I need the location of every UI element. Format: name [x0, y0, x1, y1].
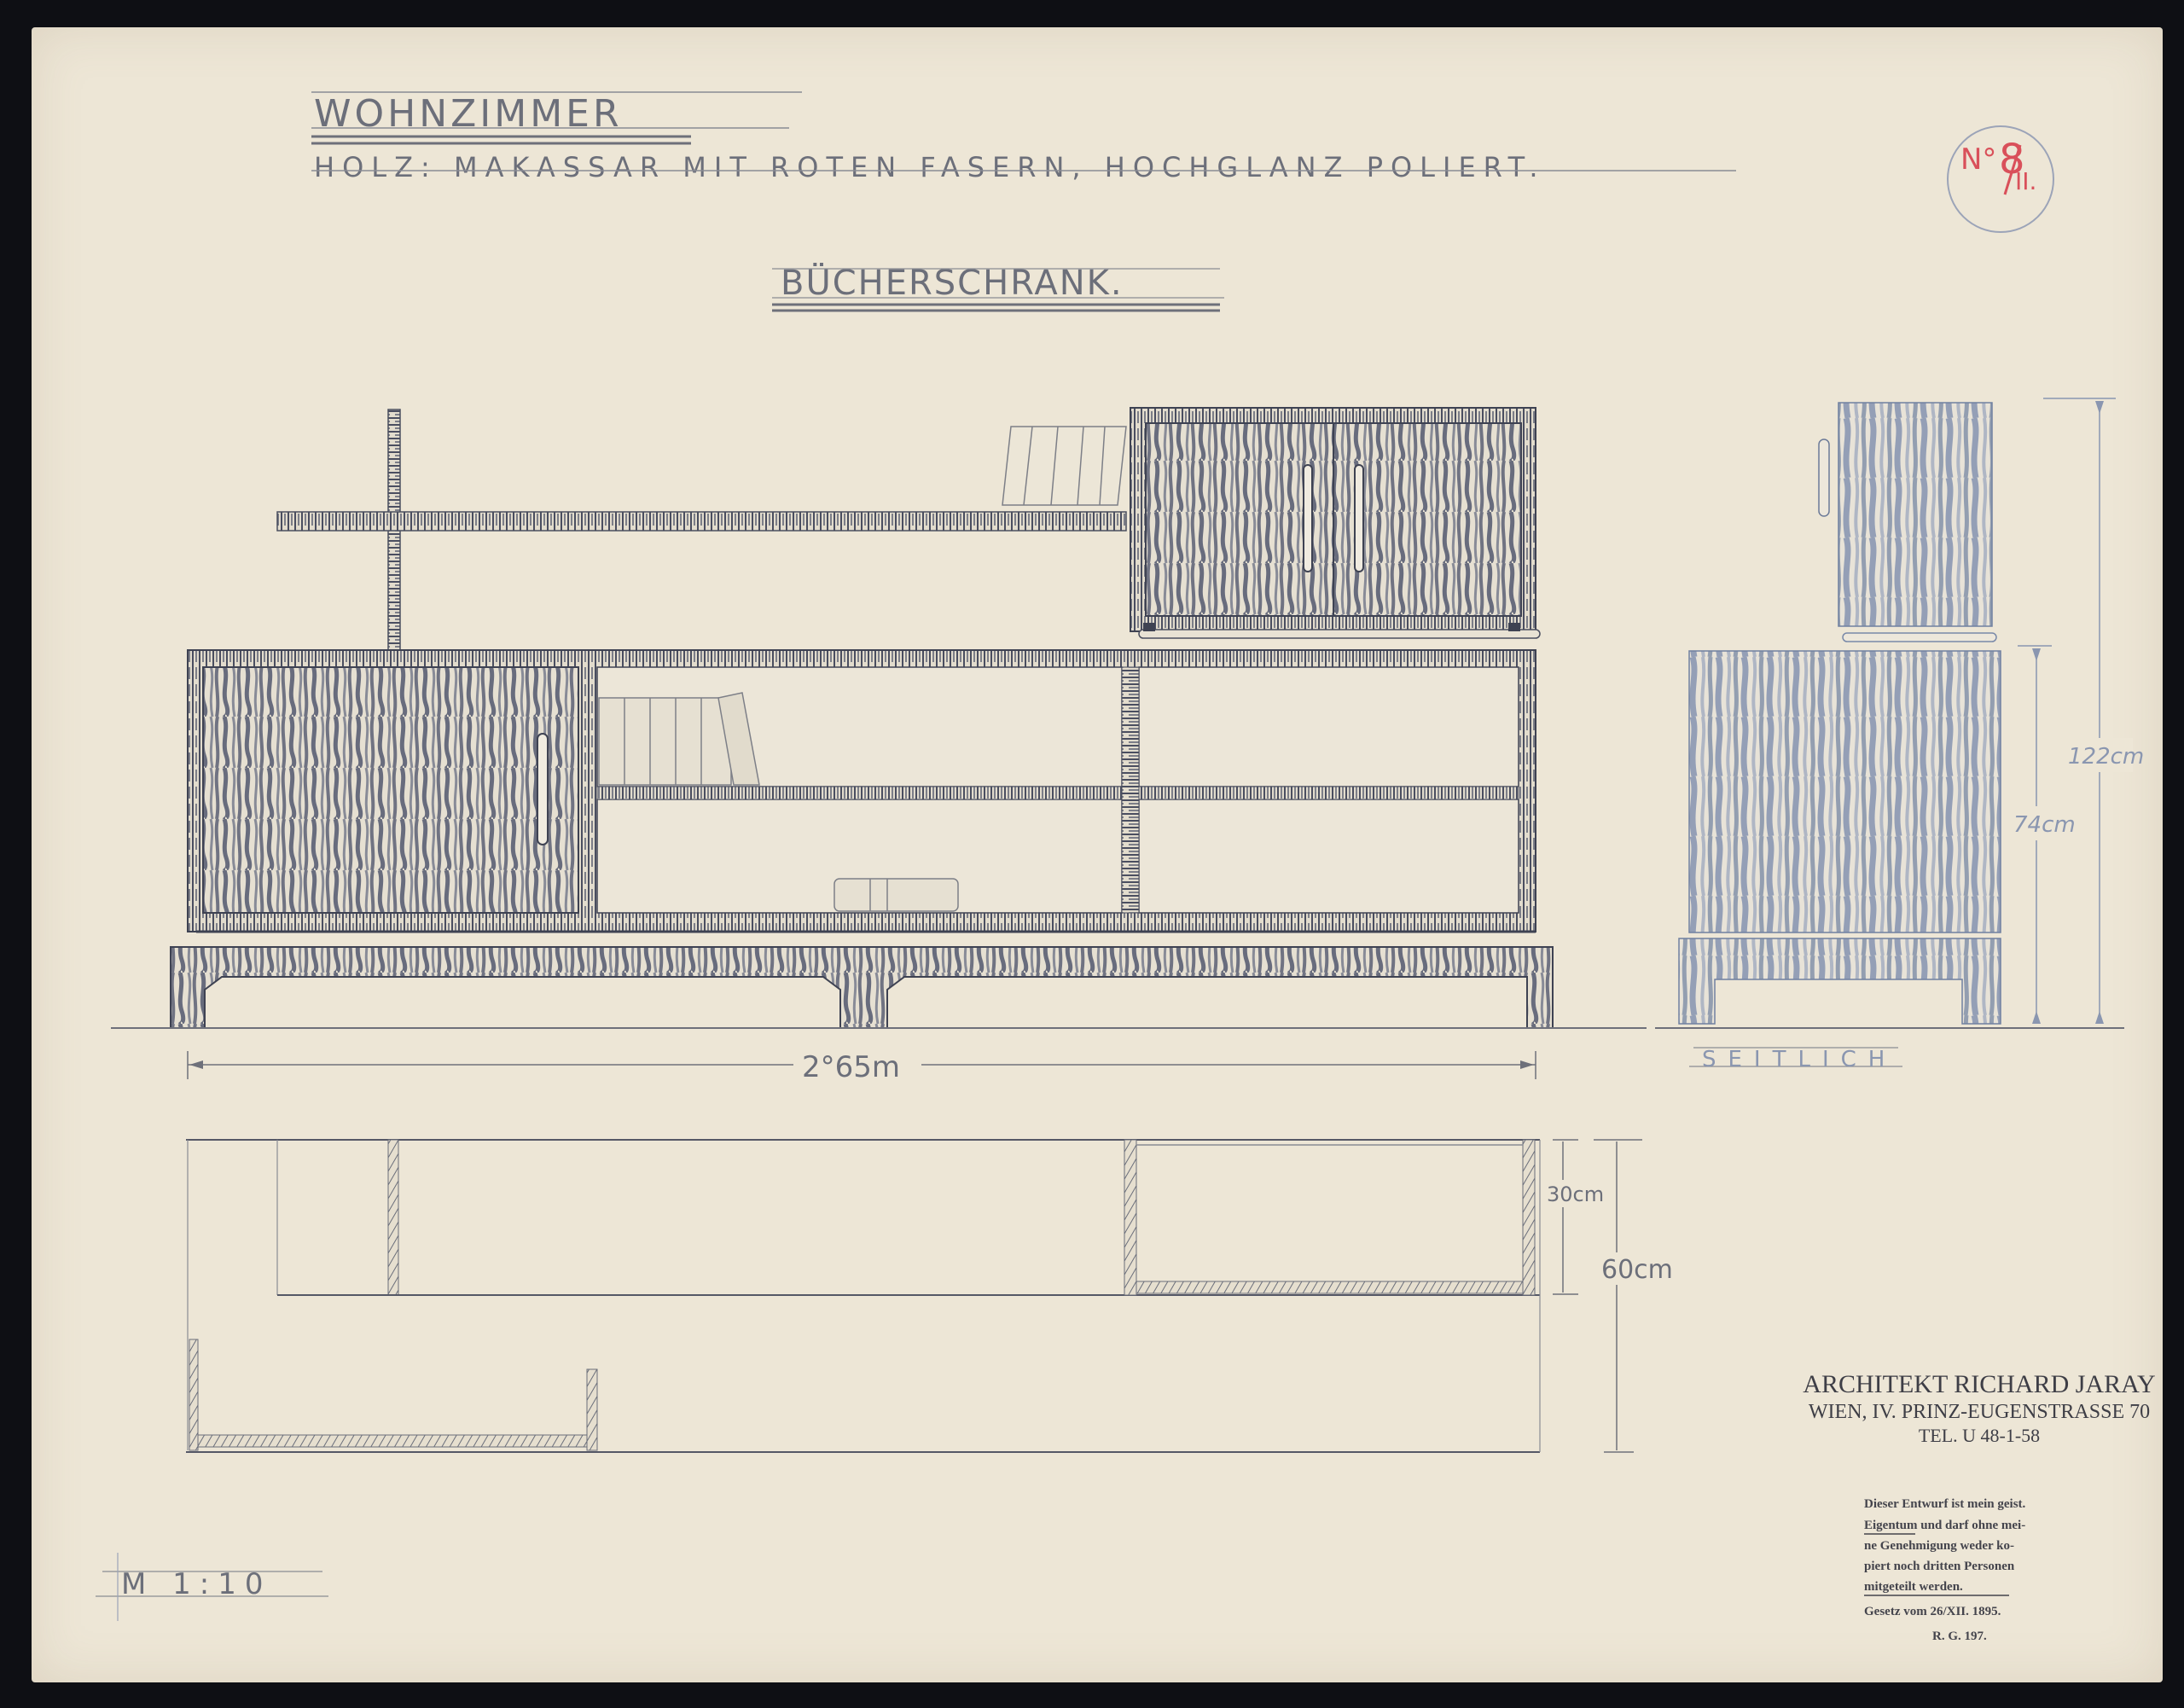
side-elevation: 122cm 74cm SEITLICH [1655, 398, 2144, 1072]
copyright-line: Eigentum und darf ohne mei- [1864, 1519, 2025, 1532]
plan-view: 30cm 60cm [186, 1140, 1673, 1452]
sheet-number-mark: N° 8 II. [1948, 126, 2053, 232]
architectural-drawing: WOHNZIMMER HOLZ: MAKASSAR MIT ROTEN FASE… [0, 0, 2184, 1708]
dim-total-width: 2°65m [802, 1050, 900, 1084]
dim-depth-upper: 30cm [1547, 1182, 1604, 1206]
side-view-label: SEITLICH [1702, 1047, 1896, 1072]
architect-name: ARCHITEKT RICHARD JARAY [1803, 1370, 2155, 1398]
copyright-stamp: Dieser Entwurf ist mein geist. Eigentum … [1864, 1497, 2026, 1643]
scale-label: M 1:10 [121, 1567, 272, 1601]
copyright-line: mitgeteilt werden. [1864, 1580, 1963, 1594]
dim-height-total: 122cm [2068, 744, 2144, 770]
dim-depth-total: 60cm [1601, 1255, 1673, 1285]
room-title: WOHNZIMMER [314, 92, 623, 136]
object-title: BÜCHERSCHRANK. [781, 262, 1124, 303]
dim-height-lower: 74cm [2013, 812, 2076, 838]
copyright-line: Gesetz vom 26/XII. 1895. [1864, 1605, 2001, 1618]
sheet-number-prefix: N° [1960, 142, 1996, 177]
sheet-number-sub: II. [2015, 167, 2036, 195]
scale-note: M 1:10 [96, 1553, 328, 1621]
width-dimension: 2°65m [188, 1049, 1536, 1084]
material-note: HOLZ: MAKASSAR MIT ROTEN FASERN, HOCHGLA… [314, 151, 1545, 183]
copyright-line: piert noch dritten Personen [1864, 1560, 2015, 1573]
architect-address: WIEN, IV. PRINZ-EUGENSTRASSE 70 [1809, 1401, 2150, 1423]
copyright-line: R. G. 197. [1932, 1630, 1987, 1643]
architect-stamp: ARCHITEKT RICHARD JARAY WIEN, IV. PRINZ-… [1803, 1370, 2155, 1446]
architect-phone: TEL. U 48-1-58 [1919, 1425, 2040, 1446]
copyright-line: ne Genehmigung weder ko- [1864, 1539, 2014, 1553]
copyright-line: Dieser Entwurf ist mein geist. [1864, 1497, 2026, 1511]
front-elevation [111, 408, 1647, 1028]
title-block: WOHNZIMMER HOLZ: MAKASSAR MIT ROTEN FASE… [311, 92, 1736, 311]
